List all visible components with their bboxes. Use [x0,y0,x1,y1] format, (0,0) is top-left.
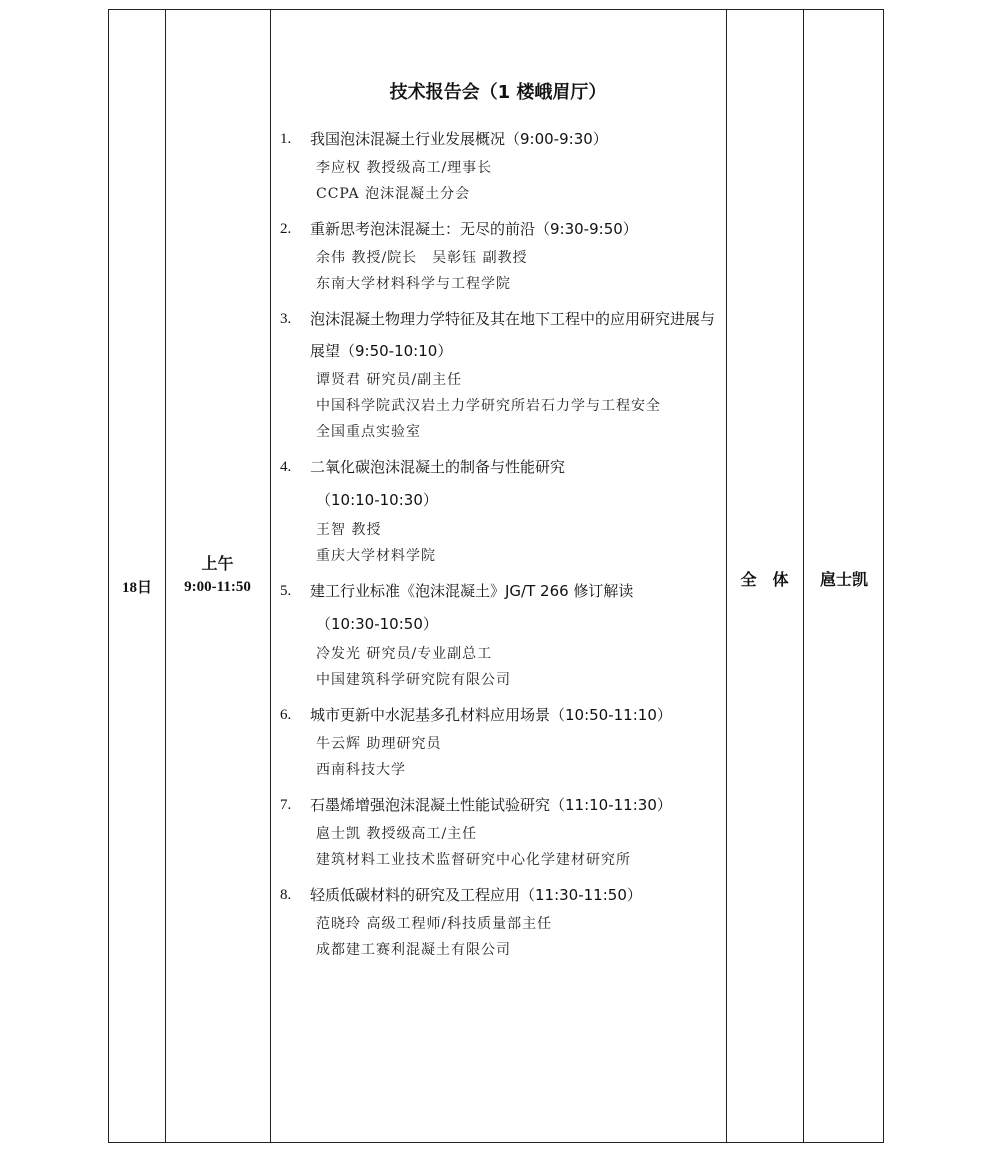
talk-title: 二氧化碳泡沫混凝土的制备与性能研究 [310,451,725,483]
time-cell: 上午 9:00-11:50 [165,552,270,598]
talk-number: 1. [280,123,310,155]
talk-item: 7.石墨烯增强泡沫混凝土性能试验研究（11:10-11:30）扈士凯 教授级高工… [280,789,725,873]
talk-speaker: 扈士凯 教授级高工/主任 [280,821,725,847]
talk-organization: 西南科技大学 [280,757,725,783]
talk-title-row: 6.城市更新中水泥基多孔材料应用场景（10:50-11:10） [280,699,725,731]
talk-title: 我国泡沫混凝土行业发展概况（9:00-9:30） [310,123,725,155]
talk-number: 4. [280,451,310,483]
talk-title: 建工行业标准《泡沫混凝土》JG/T 266 修订解读 [310,575,725,607]
talk-title: 泡沫混凝土物理力学特征及其在地下工程中的应用研究进展与展望（9:50-10:10… [310,303,725,367]
talk-item: 8.轻质低碳材料的研究及工程应用（11:30-11:50）范晓玲 高级工程师/科… [280,879,725,963]
talk-item: 1.我国泡沫混凝土行业发展概况（9:00-9:30）李应权 教授级高工/理事长C… [280,123,725,207]
talk-organization: 中国建筑科学研究院有限公司 [280,667,725,693]
talk-title-row: 3.泡沫混凝土物理力学特征及其在地下工程中的应用研究进展与展望（9:50-10:… [280,303,725,367]
time-range: 9:00-11:50 [165,576,270,598]
talk-title: 轻质低碳材料的研究及工程应用（11:30-11:50） [310,879,725,911]
talk-speaker: 牛云辉 助理研究员 [280,731,725,757]
talk-number: 3. [280,303,310,367]
period-label: 上午 [165,552,270,576]
talk-number: 8. [280,879,310,911]
talk-title: 城市更新中水泥基多孔材料应用场景（10:50-11:10） [310,699,725,731]
talk-list: 1.我国泡沫混凝土行业发展概况（9:00-9:30）李应权 教授级高工/理事长C… [280,123,725,969]
talk-title-row: 4.二氧化碳泡沫混凝土的制备与性能研究 [280,451,725,483]
talk-item: 5.建工行业标准《泡沫混凝土》JG/T 266 修订解读（10:30-10:50… [280,575,725,693]
session-cell: 技术报告会（1 楼峨眉厅） 1.我国泡沫混凝土行业发展概况（9:00-9:30）… [270,10,726,1142]
talk-organization: 重庆大学材料学院 [280,543,725,569]
audience-cell: 全 体 [726,567,803,590]
talk-organization: CCPA 泡沫混凝土分会 [280,181,725,207]
talk-item: 2.重新思考泡沫混凝土：无尽的前沿（9:30-9:50）余伟 教授/院长 吴彰钰… [280,213,725,297]
talk-organization: 成都建工赛利混凝土有限公司 [280,937,725,963]
talk-title: 重新思考泡沫混凝土：无尽的前沿（9:30-9:50） [310,213,725,245]
talk-organization: 东南大学材料科学与工程学院 [280,271,725,297]
schedule-table: 18日 上午 9:00-11:50 技术报告会（1 楼峨眉厅） 1.我国泡沫混凝… [108,9,884,1143]
talk-speaker: 余伟 教授/院长 吴彰钰 副教授 [280,245,725,271]
talk-title-row: 5.建工行业标准《泡沫混凝土》JG/T 266 修订解读 [280,575,725,607]
talk-title-row: 8.轻质低碳材料的研究及工程应用（11:30-11:50） [280,879,725,911]
host-cell: 扈士凯 [803,567,885,590]
talk-speaker: 王智 教授 [280,517,725,543]
talk-organization: 全国重点实验室 [280,419,725,445]
talk-item: 3.泡沫混凝土物理力学特征及其在地下工程中的应用研究进展与展望（9:50-10:… [280,303,725,445]
session-title: 技术报告会（1 楼峨眉厅） [270,78,726,104]
talk-title: 石墨烯增强泡沫混凝土性能试验研究（11:10-11:30） [310,789,725,821]
talk-time: （10:10-10:30） [280,483,725,517]
talk-number: 2. [280,213,310,245]
talk-organization: 中国科学院武汉岩土力学研究所岩石力学与工程安全 [280,393,725,419]
talk-speaker: 李应权 教授级高工/理事长 [280,155,725,181]
talk-number: 5. [280,575,310,607]
talk-title-row: 7.石墨烯增强泡沫混凝土性能试验研究（11:10-11:30） [280,789,725,821]
talk-item: 6.城市更新中水泥基多孔材料应用场景（10:50-11:10）牛云辉 助理研究员… [280,699,725,783]
talk-number: 6. [280,699,310,731]
talk-speaker: 谭贤君 研究员/副主任 [280,367,725,393]
talk-title-row: 2.重新思考泡沫混凝土：无尽的前沿（9:30-9:50） [280,213,725,245]
talk-title-row: 1.我国泡沫混凝土行业发展概况（9:00-9:30） [280,123,725,155]
talk-speaker: 范晓玲 高级工程师/科技质量部主任 [280,911,725,937]
talk-item: 4.二氧化碳泡沫混凝土的制备与性能研究（10:10-10:30）王智 教授重庆大… [280,451,725,569]
talk-number: 7. [280,789,310,821]
talk-organization: 建筑材料工业技术监督研究中心化学建材研究所 [280,847,725,873]
talk-speaker: 冷发光 研究员/专业副总工 [280,641,725,667]
day-cell: 18日 [109,576,165,597]
talk-time: （10:30-10:50） [280,607,725,641]
